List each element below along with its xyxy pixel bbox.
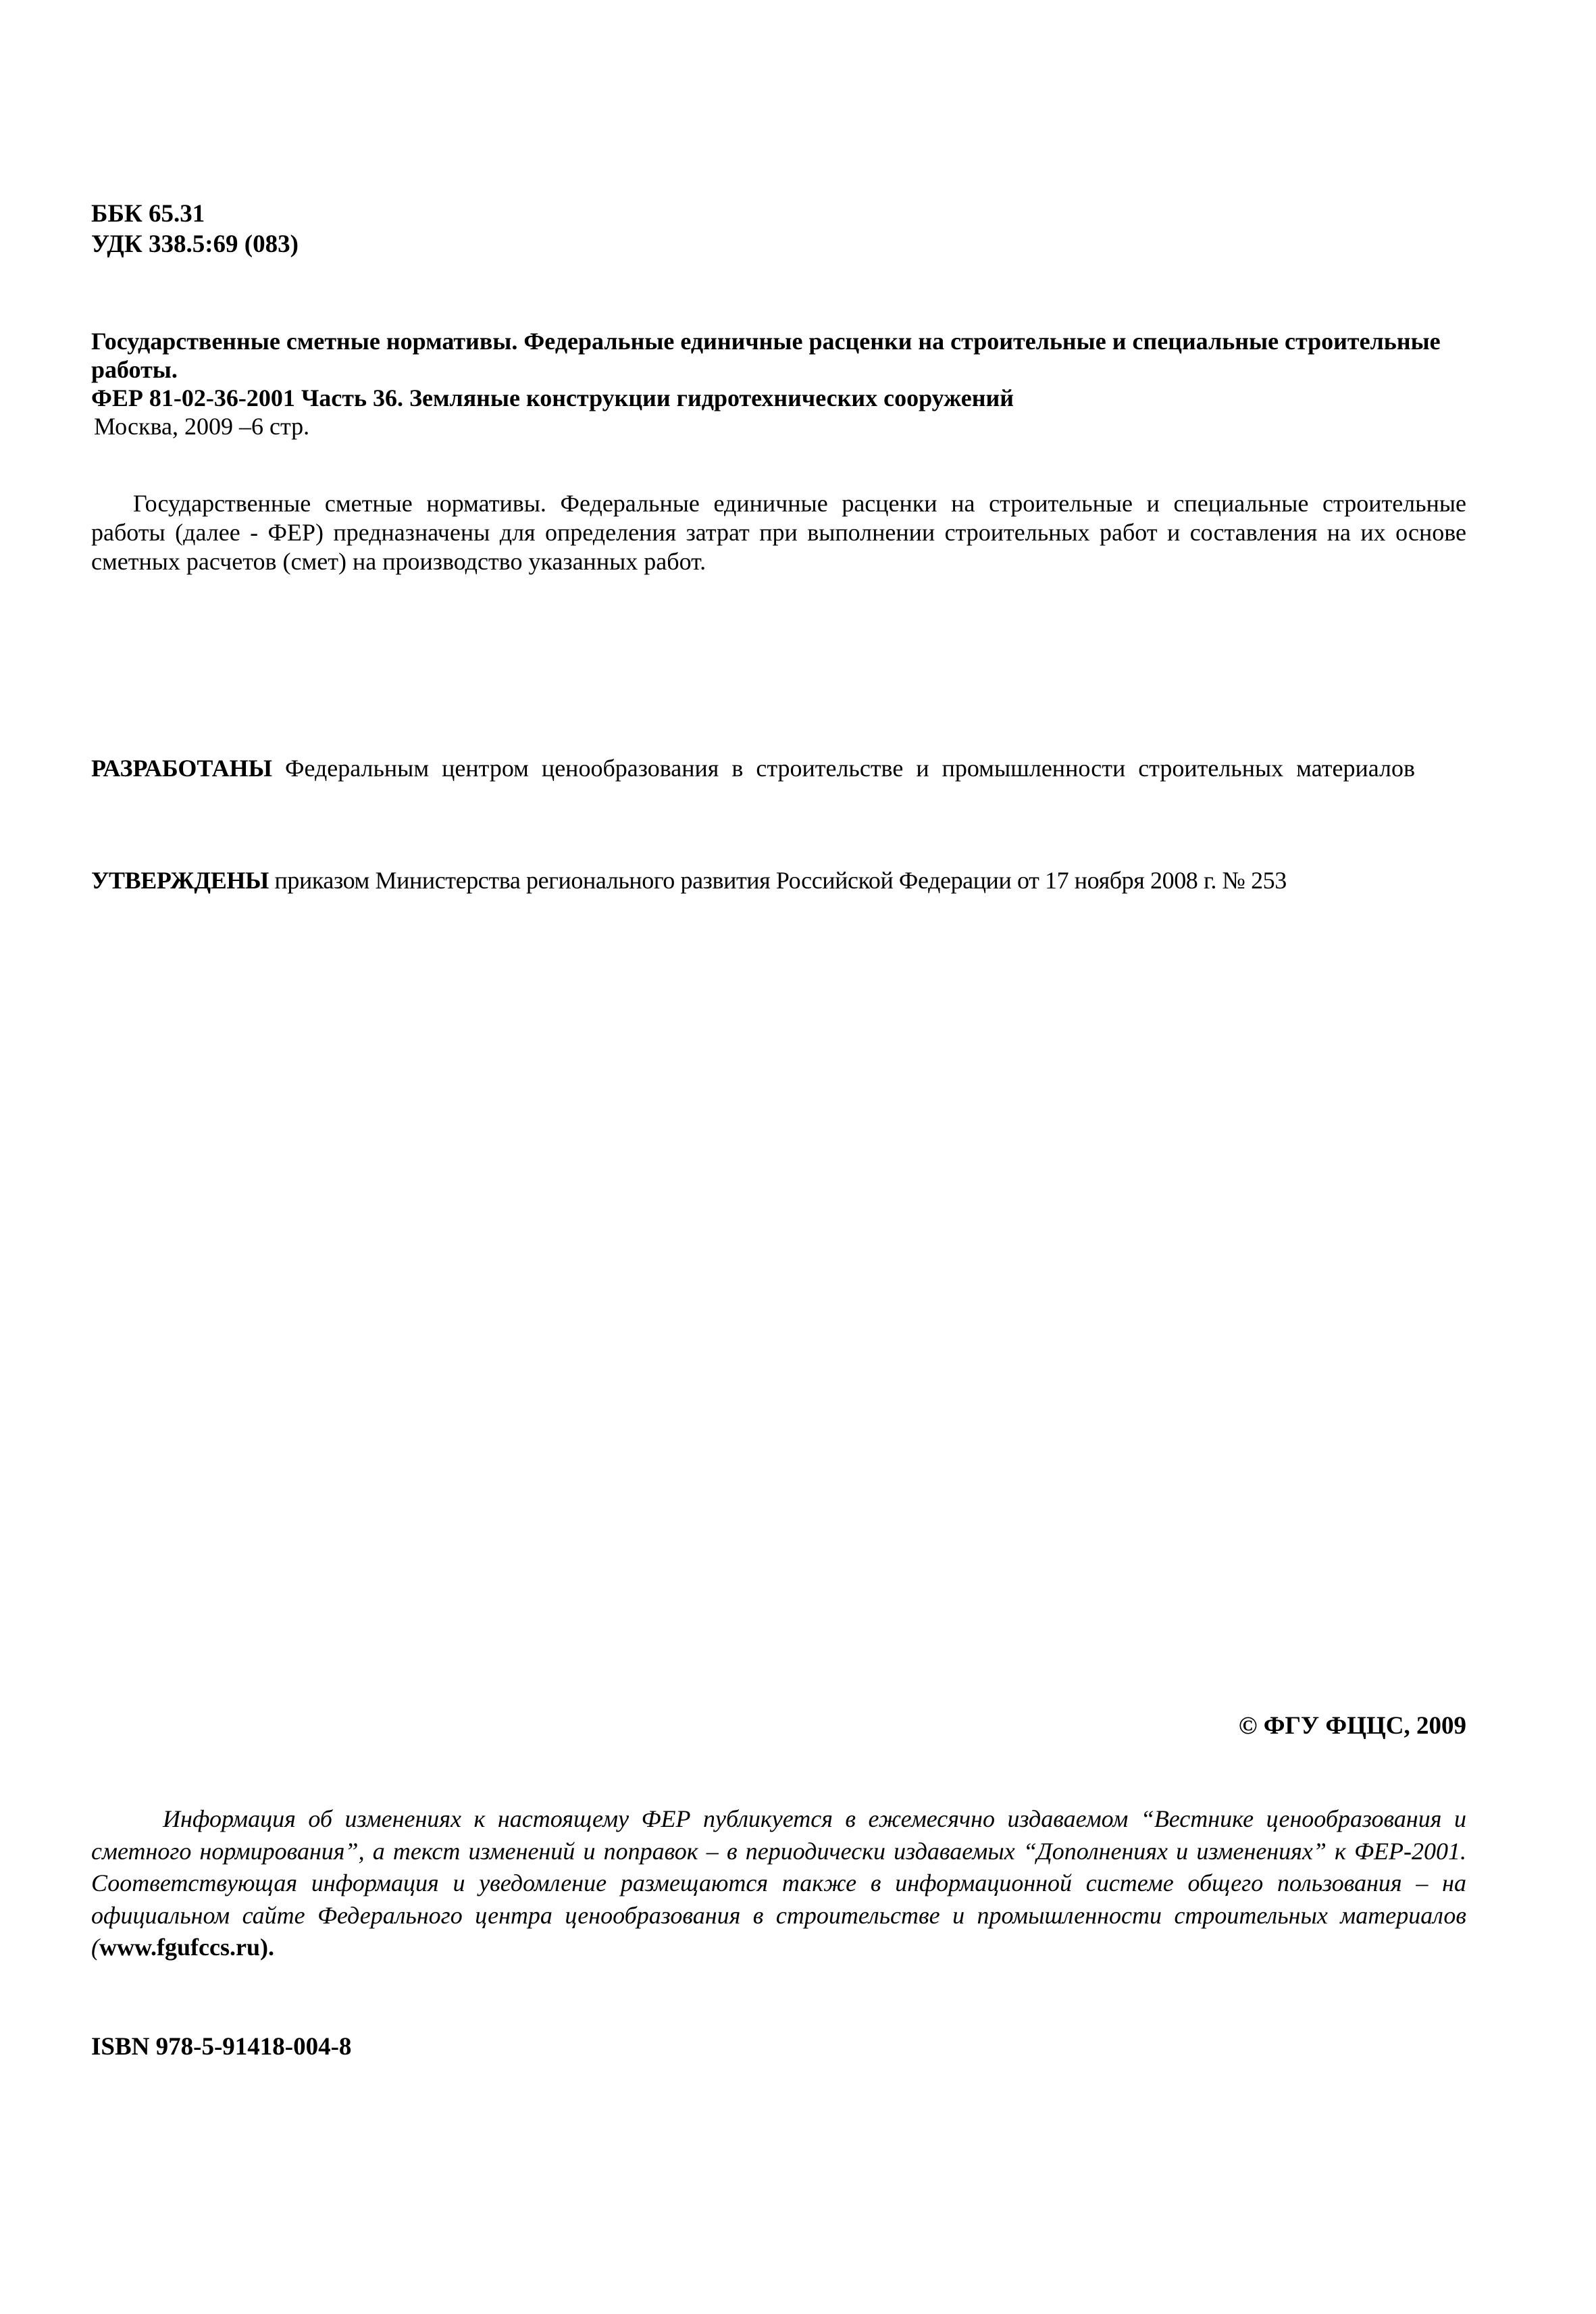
copyright: © ФГУ ФЦЦС, 2009 bbox=[91, 1711, 1466, 1741]
document-title-block: Государственные сметные нормативы. Федер… bbox=[91, 327, 1466, 441]
updates-info-tail: ). bbox=[260, 1934, 274, 1961]
bbk-code: ББК 65.31 bbox=[91, 199, 1466, 229]
classification-codes: ББК 65.31 УДК 338.5:69 (083) bbox=[91, 199, 1466, 259]
approved-label: УТВЕРЖДЕНЫ bbox=[91, 867, 269, 894]
intro-paragraph: Государственные сметные нормативы. Федер… bbox=[91, 489, 1466, 576]
document-page: ББК 65.31 УДК 338.5:69 (083) Государстве… bbox=[0, 0, 1596, 2314]
developed-text: Федеральным центром ценообразования в ст… bbox=[285, 755, 1415, 782]
approved-text: приказом Министерства регионального разв… bbox=[275, 867, 1287, 894]
approved-by: УТВЕРЖДЕНЫ приказом Министерства региона… bbox=[91, 866, 1466, 895]
updates-info-text: Информация об изменениях к настоящему ФЕ… bbox=[91, 1805, 1466, 1961]
developed-by: РАЗРАБОТАНЫ Федеральным центром ценообра… bbox=[91, 754, 1466, 782]
developed-label: РАЗРАБОТАНЫ bbox=[91, 755, 272, 782]
udk-code: УДК 338.5:69 (083) bbox=[91, 229, 1466, 259]
updates-info-paragraph: Информация об изменениях к настоящему ФЕ… bbox=[91, 1803, 1466, 1964]
publication-info: Москва, 2009 –6 стр. bbox=[91, 412, 1466, 441]
document-title: Государственные сметные нормативы. Федер… bbox=[91, 327, 1466, 384]
website-link[interactable]: www.fgufccs.ru bbox=[99, 1934, 260, 1961]
isbn: ISBN 978-5-91418-004-8 bbox=[91, 2032, 1466, 2062]
document-subtitle: ФЕР 81-02-36-2001 Часть 36. Земляные кон… bbox=[91, 384, 1466, 412]
